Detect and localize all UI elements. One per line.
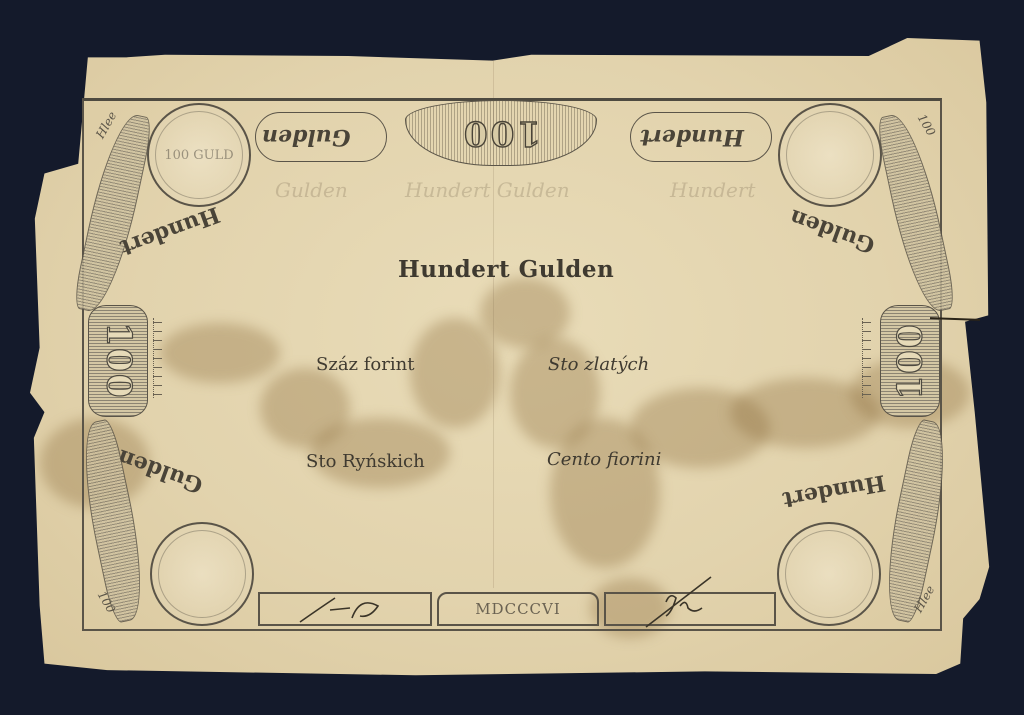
issue-date: MDCCCVI <box>475 600 561 618</box>
show-through-text: Hundert Gulden <box>405 178 570 202</box>
top-scroll-word-left: Gulden <box>262 124 351 150</box>
top-scroll-word-right: Hundert <box>640 124 744 150</box>
medallion-bottom-right <box>777 522 881 626</box>
side-denomination-left: 100 <box>98 323 138 400</box>
center-heading: Hundert Gulden <box>398 256 638 283</box>
medallion-inscription: 100 GULD <box>155 111 243 199</box>
side-denomination-right: 100 <box>890 323 930 400</box>
show-through-text: Gulden <box>275 178 348 202</box>
medallion-bottom-left <box>150 522 254 626</box>
bead-chain-left <box>153 318 162 398</box>
signature-box-right <box>604 592 776 626</box>
medallion-top-right <box>778 103 882 207</box>
text-hungarian: Száz forint <box>316 354 414 375</box>
side-denomination-panel-right: 100 <box>880 305 940 417</box>
signature-left <box>290 588 410 628</box>
bead-chain-right <box>862 318 871 398</box>
signature-box-left <box>258 592 432 626</box>
show-through-text: Hundert <box>670 178 755 202</box>
date-box: MDCCCVI <box>437 592 599 626</box>
side-denomination-panel-left: 100 <box>88 305 148 417</box>
text-czech: Sto zlatých <box>548 354 649 375</box>
top-center-denomination: 100 <box>461 113 541 153</box>
text-italian: Cento fiorini <box>547 449 661 470</box>
medallion-top-left: 100 GULD <box>147 103 251 207</box>
text-polish: Sto Ryńskich <box>306 451 425 472</box>
signature-right <box>636 572 736 632</box>
